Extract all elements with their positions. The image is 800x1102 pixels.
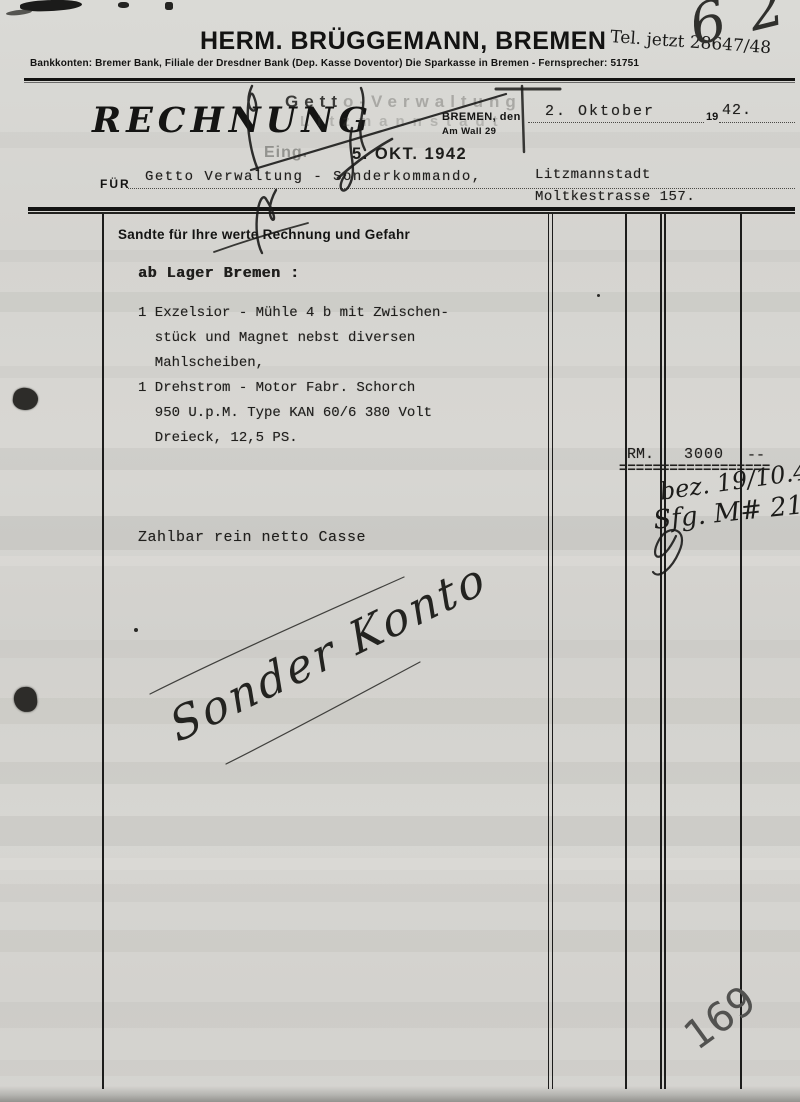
punch-hole	[12, 386, 40, 411]
payment-terms: Zahlbar rein netto Casse	[138, 529, 366, 546]
addressee-city: Litzmannstadt	[535, 167, 651, 183]
scan-streak	[0, 556, 800, 566]
year-printed: 19	[706, 111, 718, 123]
origin-line: ab Lager Bremen :	[138, 265, 300, 282]
place-date-label: BREMEN, den	[442, 111, 521, 123]
item-line: 950 U.p.M. Type KAN 60/6 380 Volt	[138, 405, 432, 421]
scan-streak	[0, 816, 800, 846]
header-rule	[24, 78, 795, 81]
pen-paraph-lower	[257, 190, 276, 253]
column-line-left	[102, 214, 104, 1089]
bank-accounts-line: Bankkonten: Bremer Bank, Filiale der Dre…	[30, 58, 639, 69]
addressee-label: FÜR	[100, 177, 131, 191]
company-name: HERM. BRÜGGEMANN, BREMEN	[200, 27, 606, 56]
stamp-text-faded: o-Verwaltung	[343, 92, 522, 111]
scan-streak	[0, 698, 800, 724]
table-top-rule-2	[28, 212, 795, 214]
scan-streak	[0, 930, 800, 952]
smudge-mark	[6, 9, 32, 17]
folio-digit: 2	[741, 0, 791, 45]
item-line: Mahlscheiben,	[138, 355, 264, 371]
date-dotted-line	[528, 122, 704, 123]
column-line-amount-a	[548, 214, 549, 1089]
ink-speck	[134, 628, 138, 632]
scan-streak	[0, 884, 800, 902]
sender-street: Am Wall 29	[442, 126, 496, 137]
smudge-mark	[165, 2, 173, 10]
column-line-value-b	[664, 214, 666, 1089]
year-dotted-line	[719, 122, 795, 123]
item-line: 1 Exzelsior - Mühle 4 b mit Zwischen-	[138, 305, 449, 321]
scan-streak	[0, 762, 800, 784]
consignment-note: Sandte für Ihre werte Rechnung und Gefah…	[118, 227, 410, 242]
item-line: stück und Magnet nebst diversen	[138, 330, 415, 346]
scan-streak	[0, 1060, 800, 1076]
column-line-value-a	[660, 214, 662, 1089]
item-line: Dreieck, 12,5 PS.	[138, 430, 298, 446]
typed-date: 2. Oktober	[545, 103, 655, 120]
scan-streak	[0, 250, 800, 262]
scan-streak	[0, 858, 800, 870]
invoice-scan-page: 6 25 HERM. BRÜGGEMANN, BREMEN Tel. jetzt…	[0, 0, 800, 1102]
stamp-text-dark: Gett	[285, 92, 343, 111]
addressee-line1: Getto Verwaltung - Sonderkommando,	[145, 169, 482, 185]
bottom-edge-shadow	[0, 1086, 800, 1102]
table-top-rule	[28, 207, 795, 211]
column-line-currency	[625, 214, 627, 1089]
smudge-mark	[118, 2, 129, 8]
stamp-date: 5. OKT. 1942	[352, 145, 467, 164]
typed-year: 42.	[722, 102, 752, 119]
stamp-received-label: Eing.	[264, 144, 308, 162]
header-rule-thin	[24, 82, 795, 83]
ink-speck	[597, 294, 600, 297]
column-line-pfennig	[740, 214, 742, 1089]
addressee-street: Moltkestrasse 157.	[535, 189, 695, 205]
scan-streak	[0, 366, 800, 378]
pencil-page-number: 169	[676, 977, 765, 1059]
item-line: 1 Drehstrom - Motor Fabr. Schorch	[138, 380, 415, 396]
column-line-amount-b	[552, 214, 553, 1089]
receipt-stamp-line1: Getto-Verwaltung	[285, 92, 522, 112]
